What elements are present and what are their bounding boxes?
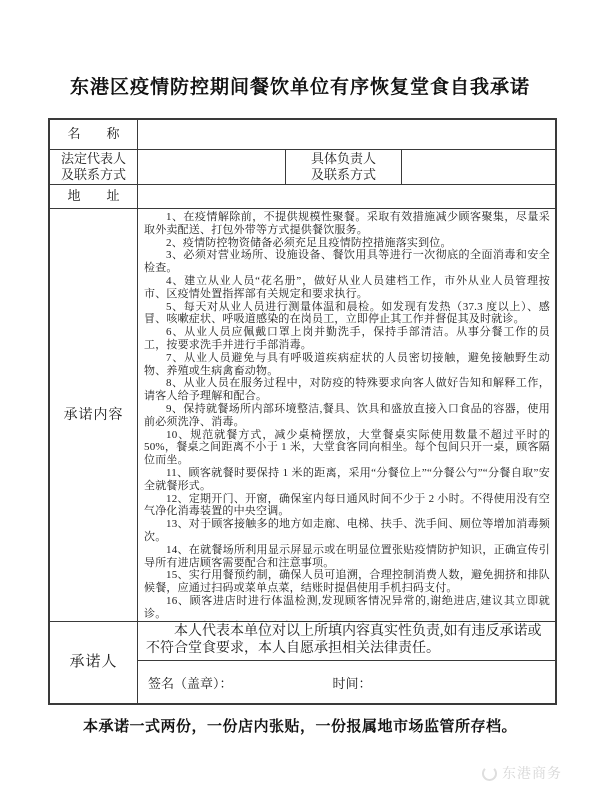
publisher-watermark: 东港商务 bbox=[482, 763, 562, 783]
commitment-item: 8、从业人员在服务过程中，对防疫的特殊要求向客人做好告知和解释工作，请客人给予理… bbox=[144, 377, 550, 403]
manager-label: 具体负责人 及联系方式 bbox=[285, 150, 402, 184]
name-input-cell[interactable] bbox=[138, 120, 555, 149]
commitment-item: 6、从业人员应佩戴口罩上岗并勤洗手，保持手部清洁。从事分餐工作的员工，按要求洗手… bbox=[144, 326, 550, 352]
commitment-item: 9、保持就餐场所内部环境整洁,餐具、饮具和盛放直接入口食品的容器，使用前必须洗净… bbox=[144, 403, 550, 429]
commitment-content-label: 承诺内容 bbox=[50, 209, 138, 621]
commitment-item: 16、顾客进店时进行体温检测,发现顾客情况异常的,谢绝进店,建议其立即就诊。 bbox=[144, 595, 550, 621]
manager-label-line2: 及联系方式 bbox=[311, 167, 376, 183]
commitment-item: 4、建立从业人员“花名册”，做好从业人员建档工作，市外从业人员管理按市、区疫情处… bbox=[144, 275, 550, 301]
promisor-label: 承诺人 bbox=[50, 622, 138, 703]
commitment-form-table: 名 称 法定代表人 及联系方式 具体负责人 及联系方式 地 址 承诺内容 1、在… bbox=[48, 118, 557, 705]
commitment-content-row: 承诺内容 1、在疫情解除前，不提供规模性聚餐。采取有效措施减少顾客聚集，尽量采取… bbox=[50, 209, 555, 622]
time-label: 时间： bbox=[333, 673, 372, 692]
document-title: 东港区疫情防控期间餐饮单位有序恢复堂食自我承诺 bbox=[20, 72, 580, 99]
name-label: 名 称 bbox=[50, 120, 138, 149]
manager-label-line1: 具体负责人 bbox=[311, 151, 376, 167]
commitment-item: 12、定期开门、开窗，确保室内每日通风时间不少于 2 小时。不得使用没有空气净化… bbox=[144, 493, 550, 519]
footer-note: 本承诺一式两份，一份店内张贴，一份报属地市场监管所存档。 bbox=[0, 715, 600, 736]
commitment-item: 15、实行用餐预约制，确保人员可追溯，合理控制消费人数，避免拥挤和排队候餐，应通… bbox=[144, 569, 550, 595]
commitment-item: 14、在就餐场所利用显示屏显示或在明显位置张贴疫情防护知识，正确宣传引导所有进店… bbox=[144, 544, 550, 570]
promisor-statement: 本人代表本单位对以上所填内容真实性负责,如有违反承诺或不符合堂食要求，本人自愿承… bbox=[138, 622, 555, 661]
commitment-item: 2、疫情防控物资储备必须充足且疫情防控措施落实到位。 bbox=[144, 237, 550, 250]
signature-row: 签名（盖章）： 时间： bbox=[138, 661, 555, 703]
commitment-item: 3、必须对营业场所、设施设备、餐饮用具等进行一次彻底的全面消毒和安全检查。 bbox=[144, 249, 550, 275]
commitment-item: 7、从业人员避免与具有呼吸道疾病症状的人员密切接触，避免接触野生动物、养殖或生病… bbox=[144, 352, 550, 378]
contacts-row: 法定代表人 及联系方式 具体负责人 及联系方式 bbox=[50, 150, 555, 185]
manager-input-cell[interactable] bbox=[402, 150, 555, 184]
promisor-right-section: 本人代表本单位对以上所填内容真实性负责,如有违反承诺或不符合堂食要求，本人自愿承… bbox=[138, 622, 555, 703]
address-row: 地 址 bbox=[50, 185, 555, 209]
promisor-row: 承诺人 本人代表本单位对以上所填内容真实性负责,如有违反承诺或不符合堂食要求，本… bbox=[50, 622, 555, 703]
publisher-name: 东港商务 bbox=[502, 763, 562, 783]
commitment-item: 5、每天对从业人员进行测量体温和晨检。如发现有发热（37.3 度以上）、感冒、咳… bbox=[144, 301, 550, 327]
commitment-item: 10、规范就餐方式，减少桌椅摆放，大堂餐桌实际使用数量不超过平时的 50%，餐桌… bbox=[144, 429, 550, 467]
legal-rep-label: 法定代表人 及联系方式 bbox=[50, 150, 138, 184]
legal-rep-input-cell[interactable] bbox=[138, 150, 285, 184]
commitment-item: 1、在疫情解除前，不提供规模性聚餐。采取有效措施减少顾客聚集，尽量采取外卖配送、… bbox=[144, 211, 550, 237]
commitment-item: 11、顾客就餐时要保持 1 米的距离，采用“分餐位上”“分餐公勺”“分餐自取”安… bbox=[144, 467, 550, 493]
document-page: 东港区疫情防控期间餐饮单位有序恢复堂食自我承诺 名 称 法定代表人 及联系方式 … bbox=[0, 72, 600, 99]
publisher-logo-icon bbox=[482, 766, 497, 781]
commitment-item: 13、对于顾客接触多的地方如走廊、电梯、扶手、洗手间、厕位等增加消毒频次。 bbox=[144, 518, 550, 544]
signature-label: 签名（盖章）： bbox=[148, 673, 233, 692]
legal-rep-label-line1: 法定代表人 bbox=[61, 151, 126, 167]
commitment-item: 17、顾客除就餐外,在店内公共场合须佩戴口罩。 bbox=[144, 621, 550, 622]
name-row: 名 称 bbox=[50, 120, 555, 150]
address-label: 地 址 bbox=[50, 185, 138, 208]
commitment-items-list: 1、在疫情解除前，不提供规模性聚餐。采取有效措施减少顾客聚集，尽量采取外卖配送、… bbox=[138, 209, 555, 621]
legal-rep-label-line2: 及联系方式 bbox=[61, 167, 126, 183]
address-input-cell[interactable] bbox=[138, 185, 555, 208]
